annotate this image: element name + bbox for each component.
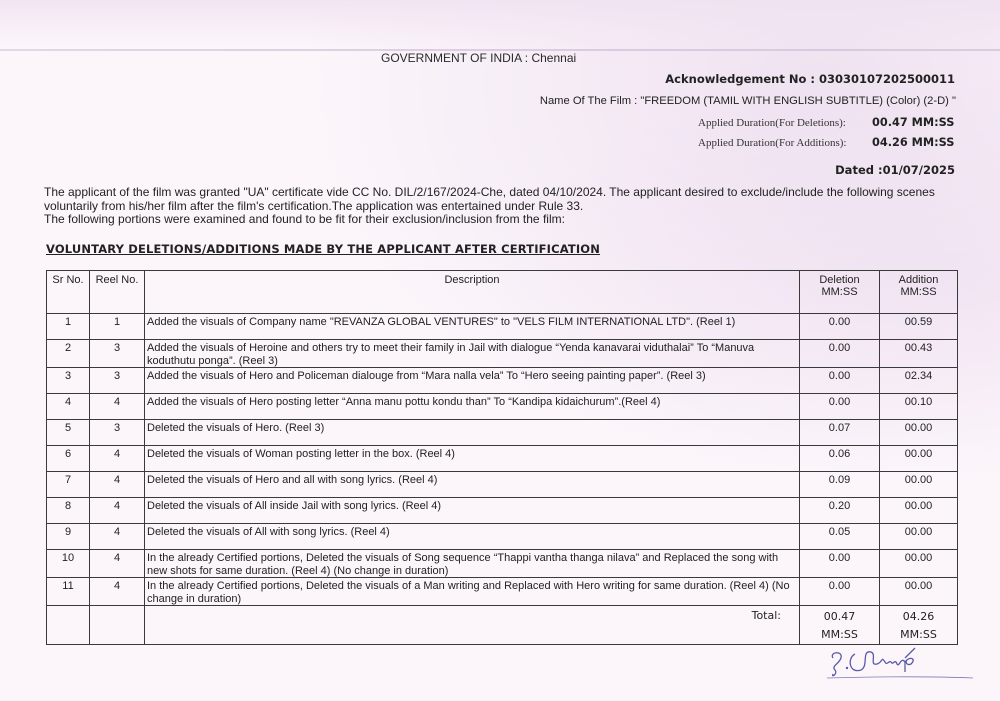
column-header-deletion: Deletion MM:SS [800,271,880,314]
cell-reel: 4 [90,550,145,578]
cell-addition: 00.00 [880,472,958,498]
cell-description: Added the visuals of Company name "REVAN… [145,314,800,340]
cell-sr: 1 [47,314,90,340]
cell-deletion: 0.00 [800,368,880,394]
table-header-row: Sr No. Reel No. Description Deletion MM:… [47,271,958,314]
authority-header: GOVERNMENT OF INDIA : Chennai [381,51,576,65]
cell-addition: 00.00 [880,578,958,606]
cell-description: In the already Certified portions, Delet… [145,550,800,578]
cell-addition: 00.00 [880,524,958,550]
cell-addition: 00.43 [880,340,958,368]
cell-deletion: 0.00 [800,550,880,578]
intro-paragraph: The applicant of the film was granted "U… [44,186,964,227]
cell-description: Deleted the visuals of All inside Jail w… [145,498,800,524]
intro-line-1: The applicant of the film was granted "U… [44,186,964,213]
cell-reel: 4 [90,472,145,498]
cell-addition: 00.00 [880,420,958,446]
column-header-reel: Reel No. [90,271,145,314]
cell-addition: 00.59 [880,314,958,340]
cell-deletion: 0.00 [800,394,880,420]
cell-reel: 3 [90,340,145,368]
total-addition: 04.26 MM:SS [880,606,958,645]
total-addition-value: 04.26 [880,608,957,626]
cell-sr: 8 [47,498,90,524]
table-row: 11Added the visuals of Company name "REV… [47,314,958,340]
table-row: 23Added the visuals of Heroine and other… [47,340,958,368]
section-heading: VOLUNTARY DELETIONS/ADDITIONS MADE BY TH… [46,242,600,256]
table-row: 114In the already Certified portions, De… [47,578,958,606]
cell-description: Deleted the visuals of Hero and all with… [145,472,800,498]
dated: Dated :01/07/2025 [835,163,955,177]
cell-reel: 4 [90,578,145,606]
cell-addition: 00.00 [880,498,958,524]
total-label: Total: [145,606,800,645]
cell-addition: 02.34 [880,368,958,394]
signature [825,644,975,684]
cell-deletion: 0.00 [800,340,880,368]
total-deletion: 00.47 MM:SS [800,606,880,645]
cell-sr: 4 [47,394,90,420]
cell-addition: 00.00 [880,550,958,578]
table-row: 53Deleted the visuals of Hero. (Reel 3)0… [47,420,958,446]
table-row: 33Added the visuals of Hero and Policema… [47,368,958,394]
cell-description: In the already Certified portions, Delet… [145,578,800,606]
cell-addition: 00.00 [880,446,958,472]
cell-sr: 11 [47,578,90,606]
applied-additions-label: Applied Duration(For Additions): [698,137,847,149]
cell-deletion: 0.09 [800,472,880,498]
cell-deletion: 0.07 [800,420,880,446]
total-deletion-value: 00.47 [800,608,879,626]
cell-sr: 3 [47,368,90,394]
total-addition-unit: MM:SS [880,626,957,644]
column-header-addition: Addition MM:SS [880,271,958,314]
applied-deletions-label: Applied Duration(For Deletions): [698,117,846,129]
cell-reel: 3 [90,368,145,394]
acknowledgement-number: Acknowledgement No : 03030107202500011 [665,72,955,86]
cell-deletion: 0.00 [800,578,880,606]
total-empty-reel [90,606,145,645]
cell-sr: 7 [47,472,90,498]
column-header-description: Description [145,271,800,314]
total-empty-sr [47,606,90,645]
table-row: 84Deleted the visuals of All inside Jail… [47,498,958,524]
cell-addition: 00.10 [880,394,958,420]
table-row: 74Deleted the visuals of Hero and all wi… [47,472,958,498]
cell-deletion: 0.20 [800,498,880,524]
applied-deletions-value: 00.47 MM:SS [872,116,954,129]
cell-reel: 1 [90,314,145,340]
cell-sr: 9 [47,524,90,550]
cell-deletion: 0.00 [800,314,880,340]
cell-reel: 3 [90,420,145,446]
cell-reel: 4 [90,446,145,472]
table-row: 104In the already Certified portions, De… [47,550,958,578]
cell-sr: 6 [47,446,90,472]
table-row: 64Deleted the visuals of Woman posting l… [47,446,958,472]
cell-deletion: 0.05 [800,524,880,550]
total-deletion-unit: MM:SS [800,626,879,644]
column-header-sr: Sr No. [47,271,90,314]
table-row: 94Deleted the visuals of All with song l… [47,524,958,550]
total-row: Total: 00.47 MM:SS 04.26 MM:SS [47,606,958,645]
applied-additions-value: 04.26 MM:SS [872,136,954,149]
intro-line-2: The following portions were examined and… [44,213,964,227]
cell-deletion: 0.06 [800,446,880,472]
cell-sr: 2 [47,340,90,368]
film-name: Name Of The Film : "FREEDOM (TAMIL WITH … [540,95,956,107]
cell-description: Deleted the visuals of All with song lyr… [145,524,800,550]
cell-reel: 4 [90,524,145,550]
cell-sr: 5 [47,420,90,446]
cell-description: Added the visuals of Heroine and others … [145,340,800,368]
cell-description: Added the visuals of Hero posting letter… [145,394,800,420]
cell-description: Deleted the visuals of Woman posting let… [145,446,800,472]
cell-reel: 4 [90,394,145,420]
cell-sr: 10 [47,550,90,578]
deletions-additions-table: Sr No. Reel No. Description Deletion MM:… [46,270,958,645]
table-row: 44Added the visuals of Hero posting lett… [47,394,958,420]
cell-reel: 4 [90,498,145,524]
cell-description: Added the visuals of Hero and Policeman … [145,368,800,394]
cell-description: Deleted the visuals of Hero. (Reel 3) [145,420,800,446]
